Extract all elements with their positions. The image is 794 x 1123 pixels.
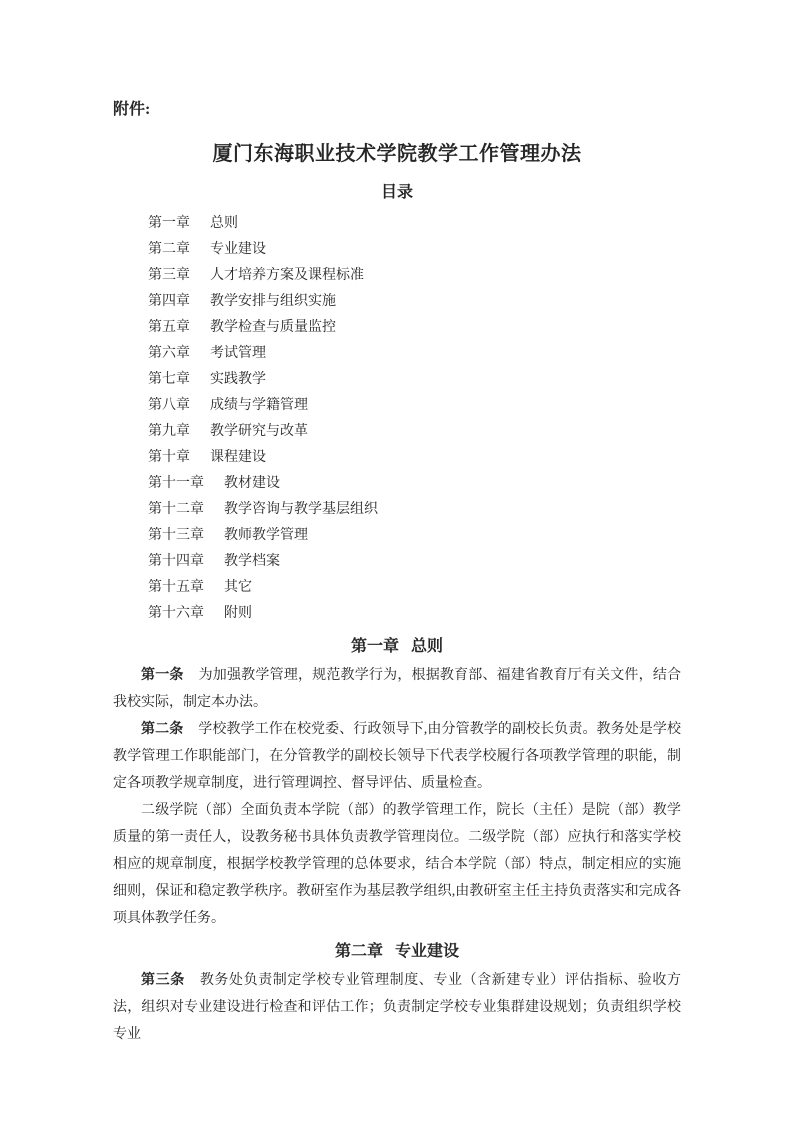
toc-item: 第一章总则 [148, 211, 681, 237]
section-heading: 第二章专业建设 [113, 938, 681, 965]
document-title: 厦门东海职业技术学院教学工作管理办法 [113, 140, 681, 168]
toc-item-title: 实践教学 [210, 372, 266, 387]
toc-item-chapter: 第七章 [148, 367, 190, 393]
section-heading-title: 专业建设 [395, 943, 459, 960]
paragraph-text: 学校教学工作在校党委、行政领导下,由分管教学的副校长负责。教务处是学校教学管理工… [113, 722, 681, 791]
toc-item-chapter: 第二章 [148, 237, 190, 263]
document-body: 第一章总则 第一条为加强教学管理，规范教学行为，根据教育部、福建省教育厅有关文件… [113, 633, 681, 1048]
toc-item-title: 教学检查与质量监控 [210, 320, 336, 335]
toc-item: 第十一章教材建设 [148, 471, 681, 497]
toc-item-chapter: 第九章 [148, 419, 190, 445]
toc-item-chapter: 第十六章 [148, 601, 204, 627]
toc-item-title: 考试管理 [210, 346, 266, 361]
toc-item-chapter: 第一章 [148, 211, 190, 237]
toc-item: 第九章教学研究与改革 [148, 419, 681, 445]
toc-item-chapter: 第八章 [148, 393, 190, 419]
toc-item-chapter: 第五章 [148, 315, 190, 341]
section: 第二章专业建设 第三条教务处负责制定学校专业管理制度、专业（含新建专业）评估指标… [113, 938, 681, 1048]
toc-item: 第三章人才培养方案及课程标准 [148, 263, 681, 289]
section-paragraphs: 第一条为加强教学管理，规范教学行为，根据教育部、福建省教育厅有关文件，结合我校实… [113, 662, 681, 932]
toc-title: 目录 [113, 181, 681, 205]
toc-item-chapter: 第十五章 [148, 575, 204, 601]
section-heading: 第一章总则 [113, 633, 681, 660]
toc-item-chapter: 第十三章 [148, 523, 204, 549]
document-page: 附件: 厦门东海职业技术学院教学工作管理办法 目录 第一章总则 第二章专业建设 … [0, 0, 794, 1123]
toc-item: 第八章成绩与学籍管理 [148, 393, 681, 419]
section-heading-title: 总则 [411, 638, 443, 655]
paragraph: 第三条教务处负责制定学校专业管理制度、专业（含新建专业）评估指标、验收方法，组织… [113, 967, 681, 1048]
toc-item-title: 专业建设 [210, 242, 266, 257]
toc-item: 第十六章附则 [148, 601, 681, 627]
toc-item-title: 教师教学管理 [224, 528, 308, 543]
toc-item-title: 教学安排与组织实施 [210, 294, 336, 309]
toc-item-title: 总则 [210, 216, 238, 231]
paragraph-text: 教务处负责制定学校专业管理制度、专业（含新建专业）评估指标、验收方法，组织对专业… [113, 973, 681, 1042]
paragraph-lead: 第二条 [141, 722, 183, 737]
attachment-label: 附件: [113, 98, 681, 122]
toc-item: 第十三章教师教学管理 [148, 523, 681, 549]
toc-item-title: 教学研究与改革 [210, 424, 308, 439]
toc-item: 第十四章教学档案 [148, 549, 681, 575]
toc-item-title: 教学咨询与教学基层组织 [224, 502, 378, 517]
toc-item-chapter: 第十四章 [148, 549, 204, 575]
toc-item: 第二章专业建设 [148, 237, 681, 263]
toc-item-title: 教材建设 [224, 476, 280, 491]
toc-item-title: 人才培养方案及课程标准 [210, 268, 364, 283]
section: 第一章总则 第一条为加强教学管理，规范教学行为，根据教育部、福建省教育厅有关文件… [113, 633, 681, 932]
paragraph-lead: 第一条 [141, 668, 184, 683]
toc-item: 第五章教学检查与质量监控 [148, 315, 681, 341]
toc-item-chapter: 第十章 [148, 445, 190, 471]
section-paragraphs: 第三条教务处负责制定学校专业管理制度、专业（含新建专业）评估指标、验收方法，组织… [113, 967, 681, 1048]
toc-item: 第六章考试管理 [148, 341, 681, 367]
toc-item-title: 附则 [224, 606, 252, 621]
toc-item-title: 教学档案 [224, 554, 280, 569]
toc-item: 第十章课程建设 [148, 445, 681, 471]
paragraph-lead: 第三条 [141, 973, 185, 988]
toc-item-title: 成绩与学籍管理 [210, 398, 308, 413]
toc-item-chapter: 第十二章 [148, 497, 204, 523]
paragraph: 二级学院（部）全面负责本学院（部）的教学管理工作，院长（主任）是院（部）教学质量… [113, 797, 681, 932]
toc-item-chapter: 第三章 [148, 263, 190, 289]
toc-item: 第十二章教学咨询与教学基层组织 [148, 497, 681, 523]
paragraph-text: 二级学院（部）全面负责本学院（部）的教学管理工作，院长（主任）是院（部）教学质量… [113, 803, 681, 926]
toc-item-title: 课程建设 [210, 450, 266, 465]
paragraph: 第二条学校教学工作在校党委、行政领导下,由分管教学的副校长负责。教务处是学校教学… [113, 716, 681, 797]
toc-item-title: 其它 [224, 580, 252, 595]
paragraph-text: 为加强教学管理，规范教学行为，根据教育部、福建省教育厅有关文件，结合我校实际，制… [113, 668, 681, 710]
toc-item-chapter: 第十一章 [148, 471, 204, 497]
toc-item: 第四章教学安排与组织实施 [148, 289, 681, 315]
toc-item-chapter: 第四章 [148, 289, 190, 315]
section-heading-chapter: 第二章 [335, 943, 383, 960]
paragraph: 第一条为加强教学管理，规范教学行为，根据教育部、福建省教育厅有关文件，结合我校实… [113, 662, 681, 716]
toc-item: 第七章实践教学 [148, 367, 681, 393]
toc-item-chapter: 第六章 [148, 341, 190, 367]
section-heading-chapter: 第一章 [351, 638, 399, 655]
toc-list: 第一章总则 第二章专业建设 第三章人才培养方案及课程标准 第四章教学安排与组织实… [113, 211, 681, 627]
toc-item: 第十五章其它 [148, 575, 681, 601]
